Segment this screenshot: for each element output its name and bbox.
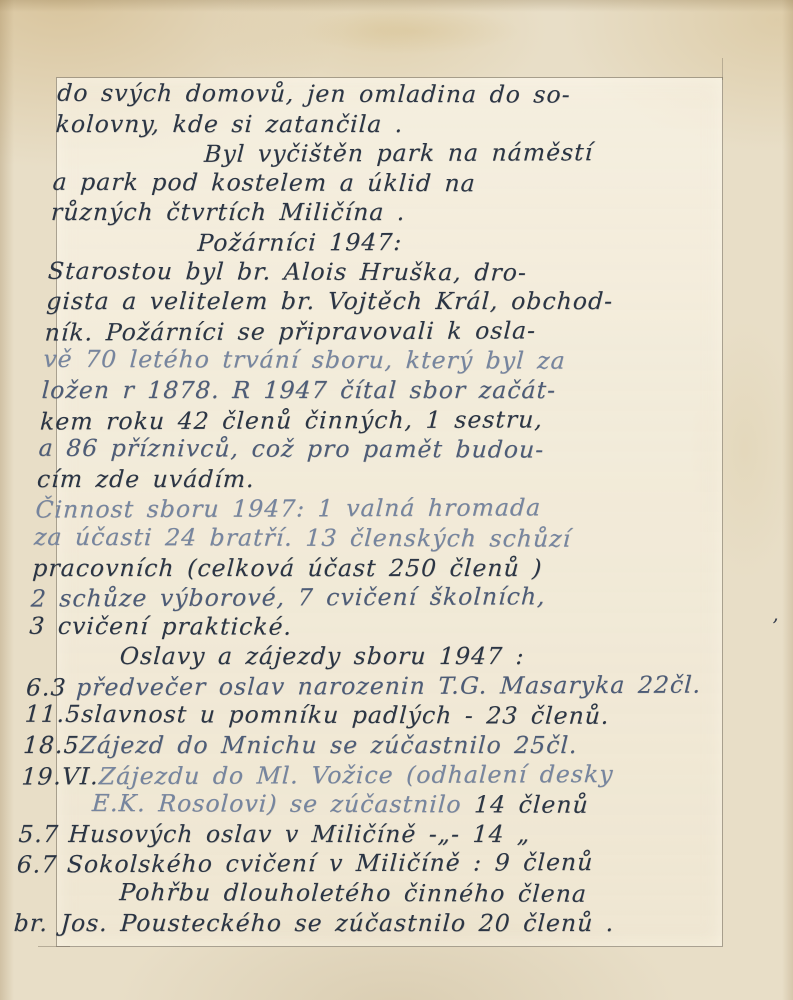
handwritten-line: 19.VI.Zájezdu do Ml. Vožice (odhalení de… — [21, 759, 723, 792]
handwritten-text: slavnost u pomníku padlých - 23 členů. — [81, 700, 611, 730]
handwritten-line: 11.5slavnost u pomníku padlých - 23 člen… — [24, 700, 726, 732]
handwritten-line: různých čtvrtích Miličína . — [50, 198, 752, 228]
date-label: 6.7 — [16, 851, 67, 881]
handwritten-line: 2 schůze výborové, 7 cvičení školních, — [30, 582, 732, 615]
handwritten-text: 14 členů — [473, 791, 589, 819]
handwritten-text: kolovny, kde si zatančila . — [55, 110, 404, 138]
handwritten-line: kolovny, kde si zatančila . — [55, 110, 757, 140]
handwritten-line: pracovních (celková účast 250 členů ) — [32, 554, 734, 584]
handwritten-text: předvečer oslav narozenin T.G. Masaryka … — [76, 670, 702, 701]
handwritten-text: br. Jos. Pousteckého se zúčastnilo 20 čl… — [13, 909, 615, 937]
handwritten-line: 18.5Zájezd do Mnichu se zúčastnilo 25čl. — [22, 731, 724, 761]
handwritten-line: cím zde uvádím. — [36, 465, 738, 495]
handwritten-text: 3 cvičení praktické. — [29, 611, 293, 640]
handwritten-text: pracovních (celková účast 250 členů ) — [32, 554, 544, 582]
handwritten-line: kem roku 42 členů činných, 1 sestru, — [39, 404, 741, 437]
handwritten-text: Starostou byl br. Alois Hruška, dro- — [47, 256, 528, 286]
handwritten-line: a park pod kostelem a úklid na — [52, 168, 754, 200]
date-label: 11.5 — [24, 700, 82, 730]
handwritten-line: Byl vyčištěn park na náměstí — [53, 138, 755, 171]
handwritten-line: a 86 příznivců, což pro pamět budou- — [38, 434, 740, 466]
handwritten-text: Požárníci 1947: — [197, 228, 403, 257]
handwritten-text: ník. Požárníci se připravovali k osla- — [44, 316, 537, 346]
handwritten-text: do svých domovů, jen omladina do so- — [57, 79, 572, 109]
handwritten-text: cím zde uvádím. — [36, 465, 255, 493]
handwritten-text: ložen r 1878. R 1947 čítal sbor začát- — [41, 376, 557, 404]
handwritten-line: gista a velitelem br. Vojtěch Král, obch… — [46, 287, 748, 317]
handwritten-line: ník. Požárníci se připravovali k osla- — [44, 315, 746, 348]
handwritten-text: Zájezd do Mnichu se zúčastnilo 25čl. — [79, 731, 578, 759]
handwritten-text: za účasti 24 bratří. 13 členských schůzí — [33, 523, 572, 553]
pencil-line-overshoot — [38, 946, 70, 947]
handwriting-block: do svých domovů, jen omladina do so-kolo… — [13, 80, 758, 938]
handwritten-line: do svých domovů, jen omladina do so- — [56, 79, 758, 111]
handwritten-text: různých čtvrtích Miličína . — [50, 198, 406, 226]
handwritten-line: ložen r 1878. R 1947 čítal sbor začát- — [41, 376, 743, 406]
handwritten-text: a park pod kostelem a úklid na — [52, 168, 477, 197]
handwritten-line: Požárníci 1947: — [49, 226, 751, 259]
date-label: 6.3 — [25, 673, 76, 703]
date-label: 19.VI. — [21, 762, 100, 792]
handwritten-text: Pohřbu dlouholetého činného člena — [119, 878, 588, 908]
paper-stain — [300, 8, 520, 54]
handwritten-text: Činnost sboru 1947: 1 valná hromada — [35, 494, 542, 524]
handwritten-text: Byl vyčištěn park na náměstí — [203, 138, 594, 168]
handwritten-line: br. Jos. Pousteckého se zúčastnilo 20 čl… — [13, 909, 715, 939]
handwritten-line: 6.3předvečer oslav narozenin T.G. Masary… — [25, 670, 727, 703]
handwritten-text: Sokolského cvičení v Miličíně : 9 členů — [66, 848, 594, 878]
handwritten-text: Husových oslav v Miličíně -„- 14 „ — [68, 820, 531, 848]
handwritten-line: Oslavy a zájezdy sboru 1947 : — [27, 642, 729, 672]
handwritten-line: Činnost sboru 1947: 1 valná hromada — [35, 493, 737, 526]
handwritten-line: 6.7Sokolského cvičení v Miličíně : 9 čle… — [16, 848, 718, 881]
handwritten-line: vě 70 letého trvání sboru, který byl za — [43, 345, 745, 377]
pencil-line-overshoot — [722, 58, 723, 80]
handwritten-line: Pohřbu dlouholetého činného člena — [15, 878, 717, 910]
handwritten-line: 5.7Husových oslav v Miličíně -„- 14 „ — [18, 820, 720, 850]
handwritten-text: kem roku 42 členů činných, 1 sestru, — [39, 405, 543, 435]
handwritten-line: 3 cvičení praktické. — [29, 611, 731, 643]
handwritten-text: 2 schůze výborové, 7 cvičení školních, — [30, 582, 546, 612]
handwritten-line: E.K. Rosolovi) se zúčastnilo 14 členů — [19, 789, 721, 821]
handwritten-text: Zájezdu do Ml. Vožice (odhalení desky — [98, 760, 614, 790]
handwritten-text: Oslavy a zájezdy sboru 1947 : — [119, 642, 525, 670]
date-label: 5.7 — [18, 820, 70, 850]
handwritten-text: a 86 příznivců, což pro pamět budou- — [38, 434, 545, 464]
handwritten-text: E.K. Rosolovi) se zúčastnilo — [91, 789, 475, 818]
date-label: 18.5 — [22, 731, 80, 761]
handwritten-text: vě 70 letého trvání sboru, který byl za — [43, 345, 567, 375]
margin-pencil-mark: ’ — [772, 614, 778, 638]
chronicle-scan-page: { "page": { "kind": "scanned handwritten… — [0, 0, 793, 1000]
handwritten-line: za účasti 24 bratří. 13 členských schůzí — [33, 523, 735, 555]
handwritten-text: gista a velitelem br. Vojtěch Král, obch… — [46, 287, 614, 315]
handwritten-line: Starostou byl br. Alois Hruška, dro- — [47, 256, 749, 288]
